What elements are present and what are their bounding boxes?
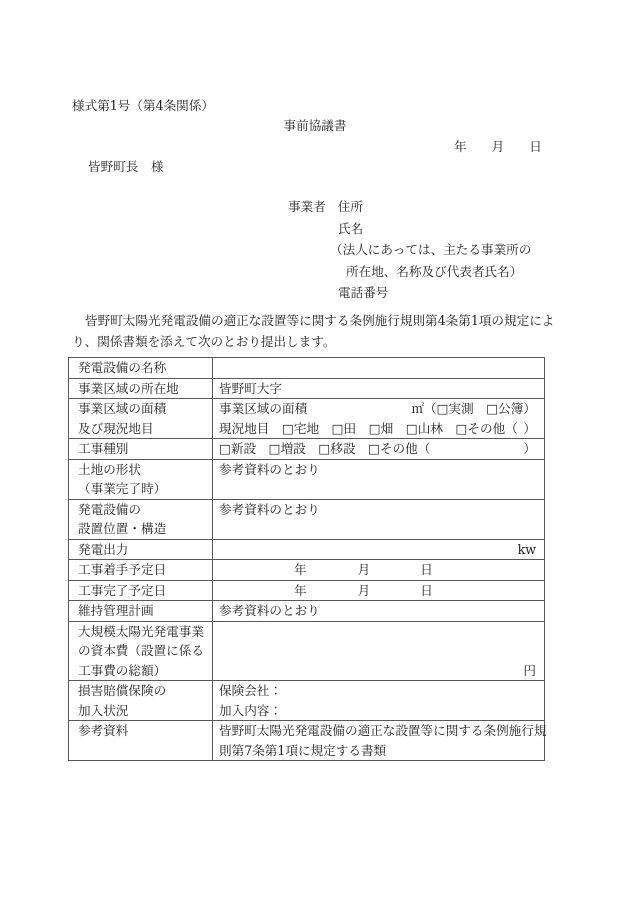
- landuse-close-paren: ）: [523, 419, 536, 439]
- facility-name-label: 発電設備の名称: [69, 358, 213, 379]
- area-label-line2: 及び現況地目: [78, 419, 208, 439]
- document-page: 様式第1号（第4条関係） 事前協議書 年月日 皆野町長 様 事業者住所 氏名 （…: [0, 0, 630, 903]
- area-size-unit: ㎡（□実測 □公簿）: [411, 399, 536, 419]
- area-label: 事業区域の面積 及び現況地目: [69, 399, 213, 439]
- intro-paragraph: 皆野町太陽光発電設備の適正な設置等に関する条例施行規則第4条第1項の規定によ り…: [72, 310, 554, 352]
- row-location: 事業区域の所在地 皆野町大字: [69, 378, 545, 399]
- applicant-corporate-note-line1: （法人にあっては、主たる事業所の: [288, 239, 531, 261]
- applicant-address-label: 住所: [338, 199, 363, 214]
- applicant-role-label: 事業者: [288, 199, 326, 214]
- work-type-value: □新設 □増設 □移設 □その他（）: [213, 439, 545, 460]
- date-day-label: 日: [529, 139, 542, 154]
- row-output: 発電出力 kw: [69, 539, 545, 560]
- land-shape-label: 土地の形状 （事業完了時）: [69, 459, 213, 499]
- intro-line2: り、関係書類を添えて次のとおり提出します。: [72, 331, 554, 352]
- start-date-value: 年月日: [213, 560, 545, 581]
- row-land-shape: 土地の形状 （事業完了時） 参考資料のとおり: [69, 459, 545, 499]
- applicant-phone-label: 電話番号: [288, 282, 531, 304]
- date-year-label: 年: [454, 139, 467, 154]
- area-label-line1: 事業区域の面積: [78, 399, 208, 419]
- start-date-month-label: 月: [358, 562, 371, 577]
- maintenance-value: 参考資料のとおり: [213, 601, 545, 622]
- row-maintenance: 維持管理計画 参考資料のとおり: [69, 601, 545, 622]
- row-capital-cost: 大規模太陽光発電事業 の資本費（設置に係る 工事費の総額） 円: [69, 621, 545, 681]
- reference-label: 参考資料: [69, 721, 213, 761]
- row-facility-name: 発電設備の名称: [69, 358, 545, 379]
- form-number: 様式第1号（第4条関係）: [72, 96, 214, 116]
- intro-line1: 皆野町太陽光発電設備の適正な設置等に関する条例施行規則第4条第1項の規定によ: [72, 310, 554, 331]
- capital-cost-label-line3: 工事費の総額）: [78, 661, 208, 681]
- insurance-label: 損害賠償保険の 加入状況: [69, 681, 213, 721]
- land-shape-label-line2: （事業完了時）: [78, 479, 208, 499]
- row-start-date: 工事着手予定日 年月日: [69, 560, 545, 581]
- capital-cost-value: 円: [213, 621, 545, 681]
- row-installation: 発電設備の 設置位置・構造 参考資料のとおり: [69, 499, 545, 539]
- reference-value-line2: 則第7条第1項に規定する書類: [219, 741, 536, 761]
- land-shape-label-line1: 土地の形状: [78, 460, 208, 480]
- installation-label: 発電設備の 設置位置・構造: [69, 499, 213, 539]
- location-value: 皆野町大字: [213, 378, 545, 399]
- capital-cost-label-line2: の資本費（設置に係る: [78, 641, 208, 661]
- insurance-company-line: 保険会社：: [219, 681, 536, 701]
- applicant-corporate-note-line2: 所在地、名称及び代表者氏名）: [288, 261, 531, 283]
- row-work-type: 工事種別 □新設 □増設 □移設 □その他（）: [69, 439, 545, 460]
- reference-value-line1: 皆野町太陽光発電設備の適正な設置等に関する条例施行規: [219, 721, 536, 741]
- application-table: 発電設備の名称 事業区域の所在地 皆野町大字 事業区域の面積 及び現況地目 事業…: [68, 357, 545, 761]
- insurance-value: 保険会社： 加入内容：: [213, 681, 545, 721]
- reference-value: 皆野町太陽光発電設備の適正な設置等に関する条例施行規 則第7条第1項に規定する書…: [213, 721, 545, 761]
- start-date-day-label: 日: [420, 562, 433, 577]
- insurance-label-line2: 加入状況: [78, 701, 208, 721]
- insurance-coverage-line: 加入内容：: [219, 701, 536, 721]
- row-end-date: 工事完了予定日 年月日: [69, 580, 545, 601]
- end-date-day-label: 日: [420, 583, 433, 598]
- area-landuse-line: 現況地目 □宅地 □田 □畑 □山林 □その他（）: [219, 419, 536, 439]
- installation-label-line2: 設置位置・構造: [78, 519, 208, 539]
- applicant-address-line: 事業者住所: [288, 196, 531, 218]
- installation-value: 参考資料のとおり: [213, 499, 545, 539]
- start-date-label: 工事着手予定日: [69, 560, 213, 581]
- addressee: 皆野町長 様: [88, 157, 164, 177]
- work-type-options-line: □新設 □増設 □移設 □その他（）: [219, 439, 536, 459]
- end-date-year-label: 年: [294, 583, 307, 598]
- output-value: kw: [213, 539, 545, 560]
- capital-cost-label-line1: 大規模太陽光発電事業: [78, 622, 208, 642]
- row-reference: 参考資料 皆野町太陽光発電設備の適正な設置等に関する条例施行規 則第7条第1項に…: [69, 721, 545, 761]
- end-date-month-label: 月: [358, 583, 371, 598]
- applicant-name-label: 氏名: [288, 218, 531, 240]
- end-date-value: 年月日: [213, 580, 545, 601]
- work-type-close-paren: ）: [523, 439, 536, 459]
- land-shape-value: 参考資料のとおり: [213, 459, 545, 499]
- date-month-label: 月: [492, 139, 505, 154]
- area-size-label: 事業区域の面積: [219, 399, 307, 419]
- output-label: 発電出力: [69, 539, 213, 560]
- maintenance-label: 維持管理計画: [69, 601, 213, 622]
- area-value: 事業区域の面積㎡（□実測 □公簿） 現況地目 □宅地 □田 □畑 □山林 □その…: [213, 399, 545, 439]
- row-insurance: 損害賠償保険の 加入状況 保険会社： 加入内容：: [69, 681, 545, 721]
- date-line: 年月日: [454, 137, 542, 157]
- area-size-line: 事業区域の面積㎡（□実測 □公簿）: [219, 399, 536, 419]
- row-area: 事業区域の面積 及び現況地目 事業区域の面積㎡（□実測 □公簿） 現況地目 □宅…: [69, 399, 545, 439]
- work-type-options: □新設 □増設 □移設 □その他（: [219, 439, 430, 459]
- work-type-label: 工事種別: [69, 439, 213, 460]
- facility-name-value: [213, 358, 545, 379]
- end-date-label: 工事完了予定日: [69, 580, 213, 601]
- applicant-block: 事業者住所 氏名 （法人にあっては、主たる事業所の 所在地、名称及び代表者氏名）…: [288, 196, 531, 304]
- landuse-options: 現況地目 □宅地 □田 □畑 □山林 □その他（: [219, 419, 518, 439]
- capital-cost-label: 大規模太陽光発電事業 の資本費（設置に係る 工事費の総額）: [69, 621, 213, 681]
- installation-label-line1: 発電設備の: [78, 500, 208, 520]
- location-label: 事業区域の所在地: [69, 378, 213, 399]
- insurance-label-line1: 損害賠償保険の: [78, 681, 208, 701]
- start-date-year-label: 年: [294, 562, 307, 577]
- document-title: 事前協議書: [0, 116, 630, 136]
